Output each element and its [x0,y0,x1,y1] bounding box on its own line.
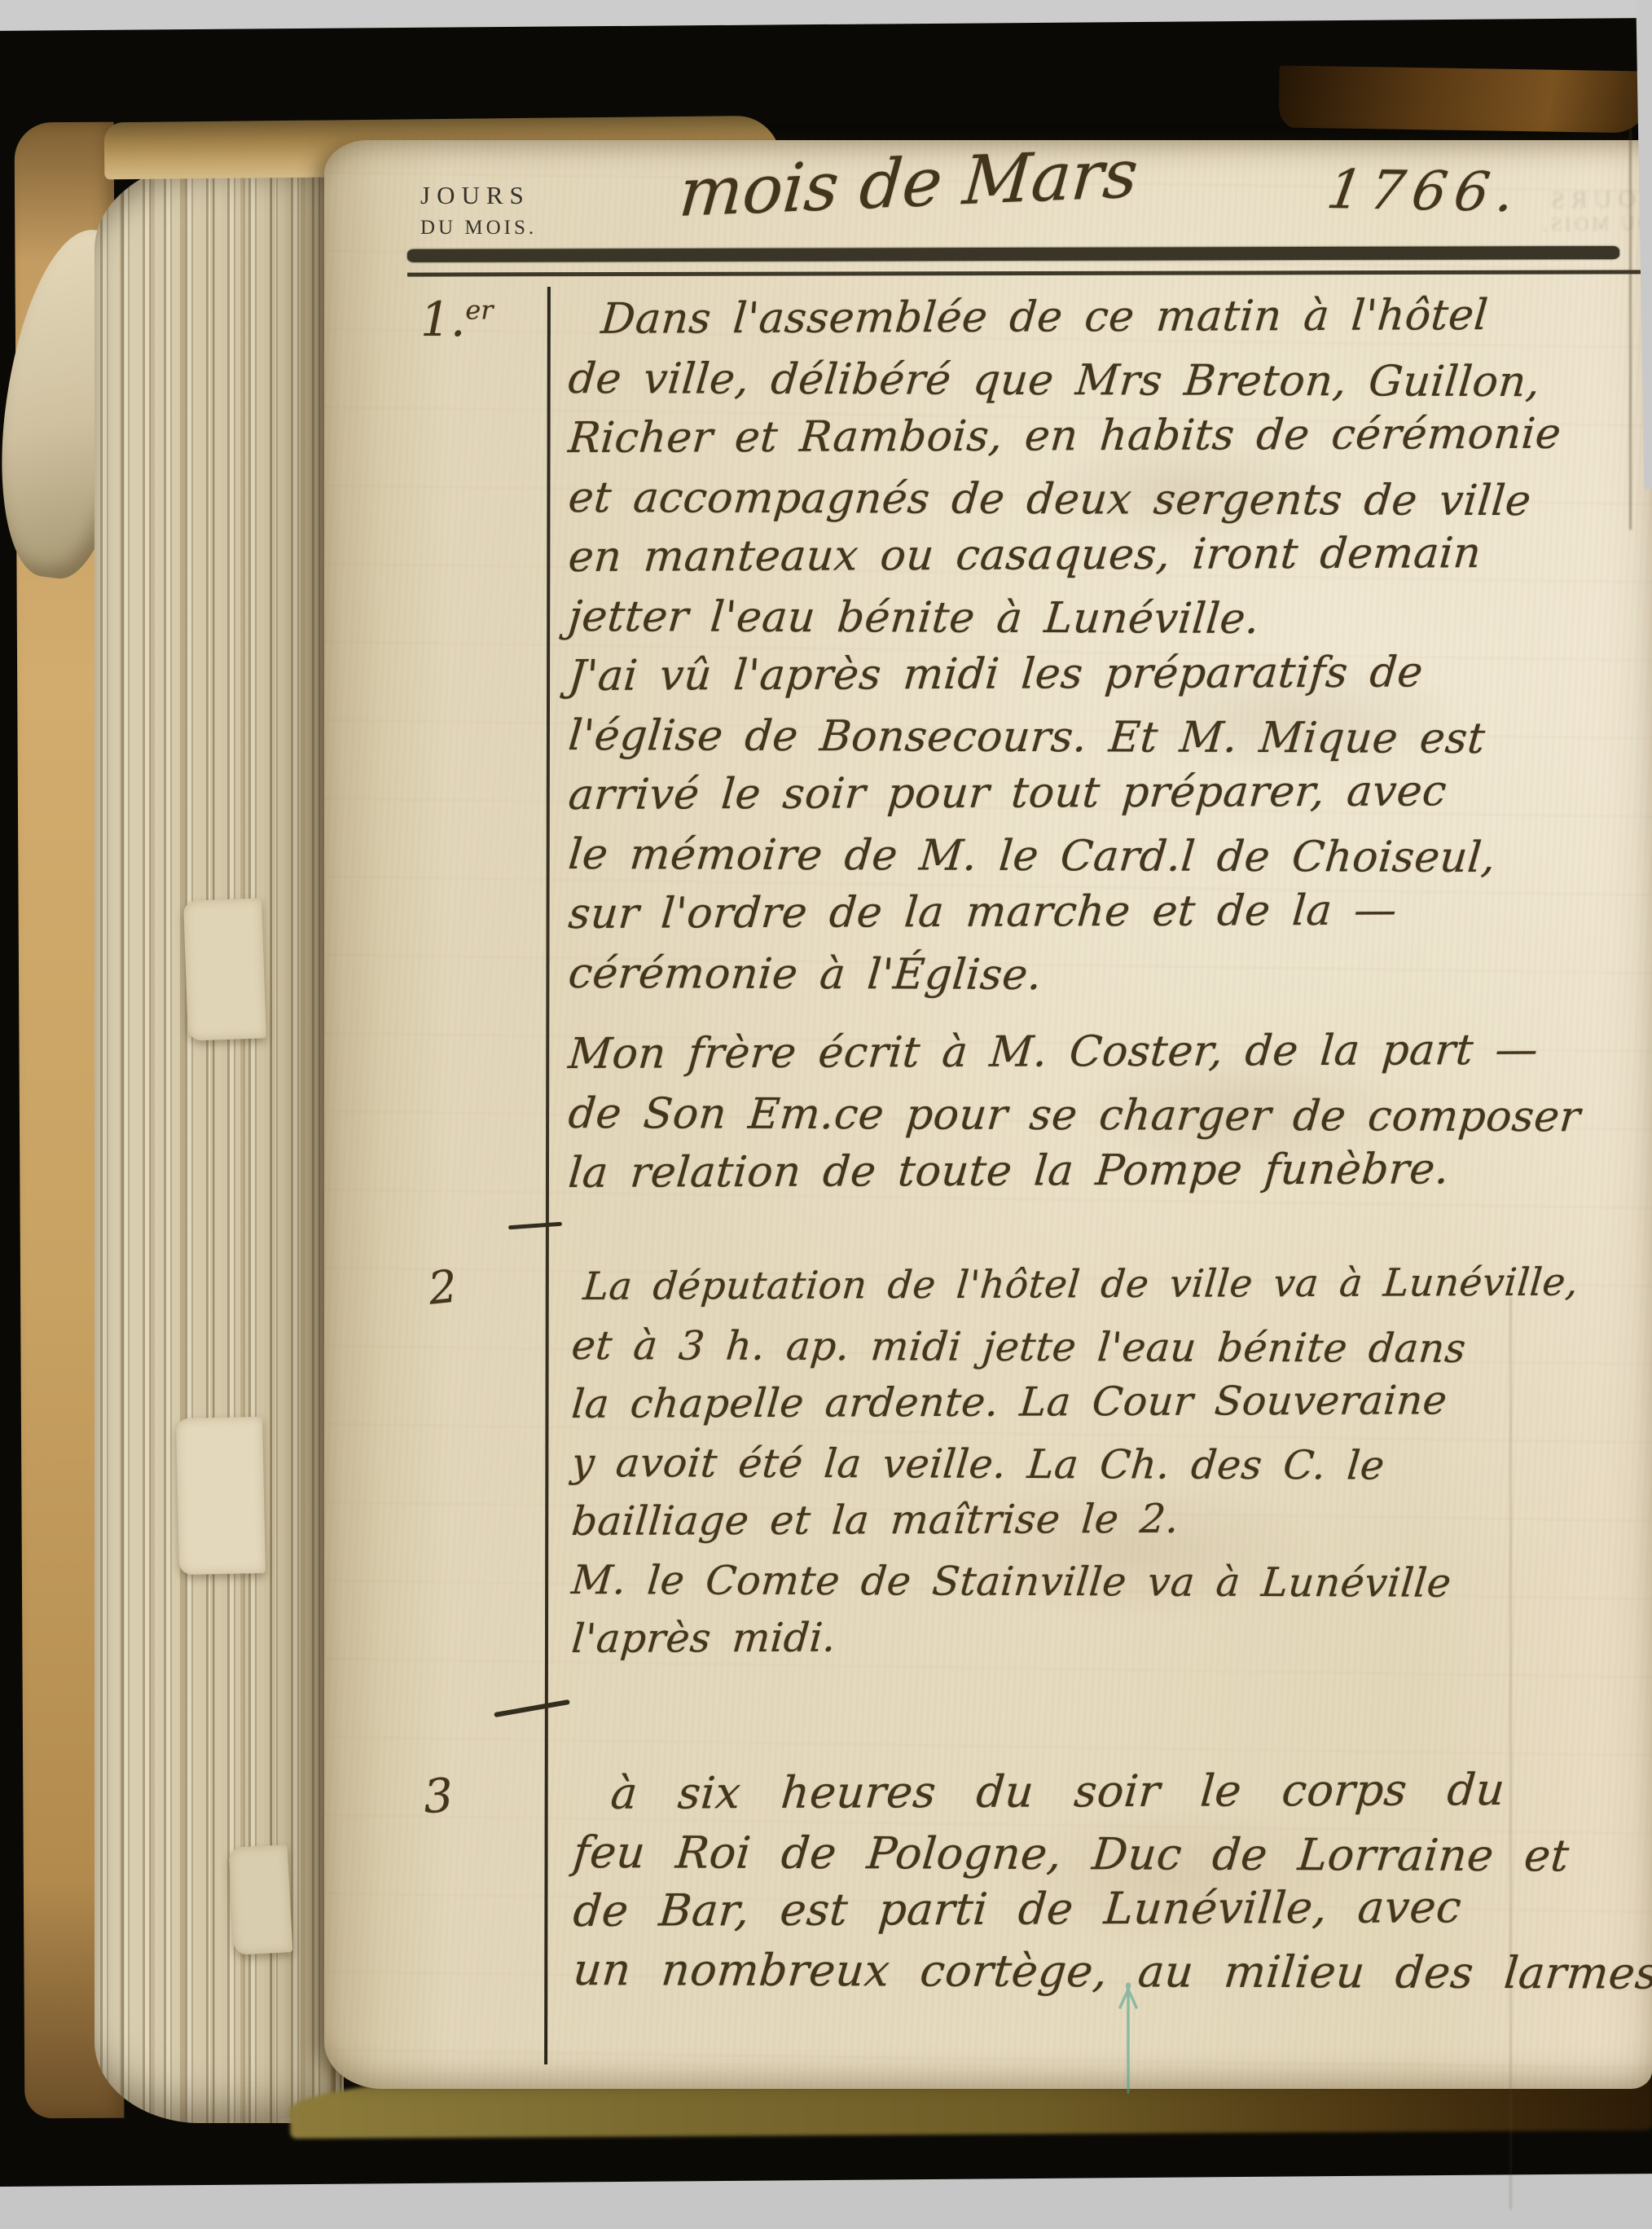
days-of-month-label: JOURS DU MOIS. [420,181,537,240]
manuscript-line: la relation de toute la Pompe funèbre. [566,1140,1584,1203]
day-number-1: 1.er [420,292,493,347]
header-rule-thin [407,270,1641,276]
manuscript-line: feu Roi de Pologne, Duc de Lorraine et [571,1823,1652,1886]
bookmark-tab [229,1844,293,1955]
leather-cover-top [1278,65,1652,133]
journal-entry-2: La députation de l'hôtel de ville va à L… [572,1258,1578,1668]
manuscript-line: bailliage et la maîtrise le 2. [569,1488,1580,1551]
margin-column-rule [544,287,551,2064]
manuscript-line: et accompagnés de deux sergents de ville [566,468,1584,531]
manuscript-line: Dans l'assemblée de ce matin à l'hôtel [566,286,1584,350]
entry-divider-tick [494,1699,570,1717]
bookmark-tab [183,898,266,1040]
year-label: 1766. [1323,158,1527,224]
manuscript-line: y avoit été la veille. La Ch. des C. le [569,1434,1580,1496]
manuscript-line: de Bar, est parti de Lunéville, avec [571,1877,1652,1941]
manuscript-line: l'après midi. [569,1606,1580,1668]
day-number-2: 2 [426,1260,459,1314]
book-scan: JOURS DU MOIS. JOURS DU MOIS. mois de Ma… [0,0,1652,2229]
manuscript-line: jetter l'eau bénite à Lunéville. [566,587,1584,650]
manuscript-line: J'ai vû l'après midi les préparatifs de [566,643,1584,706]
manuscript-line: La députation de l'hôtel de ville va à L… [569,1254,1580,1317]
manuscript-line: le mémoire de M. le Card.l de Choiseul, [566,825,1584,888]
next-page-edge [1629,90,1632,530]
bookmark-tab [176,1417,266,1575]
manuscript-line: et à 3 h. ap. midi jette l'eau bénite da… [569,1317,1580,1378]
manuscript-line: la chapelle ardente. La Cour Souveraine [569,1371,1580,1434]
journal-entry-1: Dans l'assemblée de ce matin à l'hôtel d… [569,290,1580,1203]
day-number-3: 3 [422,1769,455,1824]
manuscript-line: un nombreux cortège, au milieu des larme… [571,1941,1652,2003]
days-label-line2: DU MOIS. [420,217,537,240]
manuscript-line: Richer et Rambois, en habits de cérémoni… [566,405,1584,468]
days-label-line1: JOURS [420,181,537,210]
manuscript-line: en manteaux ou casaques, iront demain [566,524,1584,587]
manuscript-line: de Son Em.ce pour se charger de composer [566,1084,1584,1147]
header-rule-thick [407,246,1619,262]
manuscript-page: JOURS DU MOIS. JOURS DU MOIS. mois de Ma… [324,140,1652,2089]
entry-divider-tick [508,1222,562,1230]
month-title: mois de Mars [676,135,1140,232]
manuscript-line: l'église de Bonsecours. Et M. Mique est [566,706,1584,769]
manuscript-line: M. le Comte de Stainville va à Lunéville [569,1551,1580,1613]
manuscript-line: sur l'ordre de la marche et de la — [566,881,1584,944]
manuscript-line: de ville, délibéré que Mrs Breton, Guill… [566,350,1584,412]
manuscript-line: Mon frère écrit à M. Coster, de la part … [566,1021,1584,1084]
manuscript-line: arrivé le soir pour tout préparer, avec [566,762,1584,825]
manuscript-line: cérémonie à l'Église. [566,944,1584,1007]
manuscript-line: à six heures du soir le corps du [571,1760,1652,1823]
teal-ink-mark [1116,1978,1140,2104]
journal-entry-3: à six heures du soir le corps du feu Roi… [573,1765,1652,1999]
